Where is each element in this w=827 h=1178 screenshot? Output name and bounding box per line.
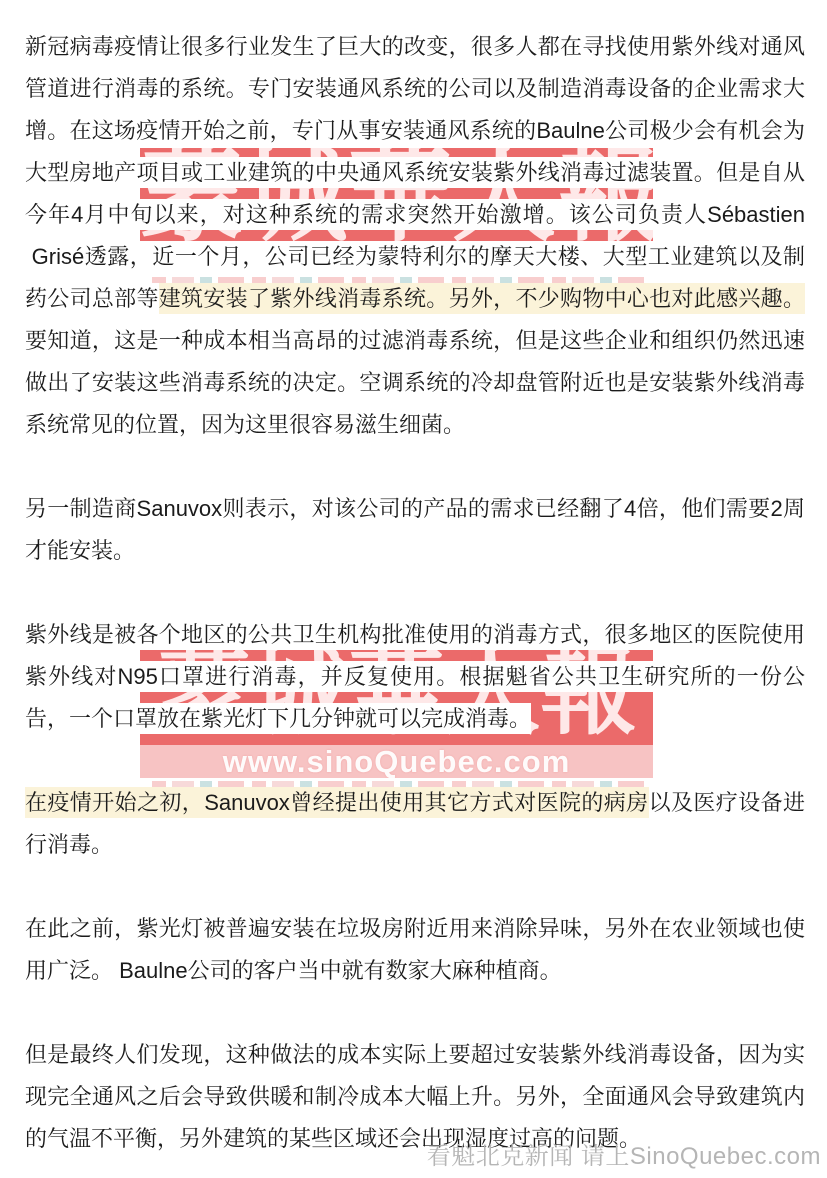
paragraph: 紫外线是被各个地区的公共卫生机构批准使用的消毒方式，很多地区的医院使用紫外线对N… [25,614,805,740]
text-run: 紫外线是被各个地区的公共卫生机构批准使用的消毒方式，很多地区的医院使用紫外线对N… [25,619,805,734]
paragraph: 另一制造商Sanuvox则表示，对该公司的产品的需求已经翻了4倍，他们需要2周才… [25,488,805,572]
text-run: 另一制造商Sanuvox则表示，对该公司的产品的需求已经翻了4倍，他们需要2周才… [25,493,805,566]
text-run: 要知道，这是一种成本相当高昂的过滤消毒系统，但是这些企业和组织仍然迅速做出了安装… [25,325,805,440]
highlighted-text-run: 建筑安装了紫外线消毒系统。另外，不少购物中心也对此感兴趣。 [159,283,805,314]
text-run: 新冠病毒疫情让很多行业发生了巨大的改变，很多人都在寻找使用紫外线对通风管道进行消… [25,31,805,314]
highlighted-text-run: 在疫情开始之初，Sanuvox曾经提出使用其它方式对医院的病房 [25,787,649,818]
paragraph: 在疫情开始之初，Sanuvox曾经提出使用其它方式对医院的病房以及医疗设备进行消… [25,782,805,866]
article-body: 新冠病毒疫情让很多行业发生了巨大的改变，很多人都在寻找使用紫外线对通风管道进行消… [0,0,827,1160]
paragraph: 新冠病毒疫情让很多行业发生了巨大的改变，很多人都在寻找使用紫外线对通风管道进行消… [25,26,805,446]
paragraph: 在此之前，紫光灯被普遍安装在垃圾房附近用来消除异味，另外在农业领域也使用广泛。 … [25,908,805,992]
text-run: 在此之前，紫光灯被普遍安装在垃圾房附近用来消除异味，另外在农业领域也使用广泛。 … [25,913,805,986]
footer-credit: 看魁北克新闻 请上SinoQuebec.com [427,1136,821,1171]
article-page: 蒙城華人報 www.sinoQuebec.com 蒙城華人報 www.sinoQ… [0,0,827,1178]
